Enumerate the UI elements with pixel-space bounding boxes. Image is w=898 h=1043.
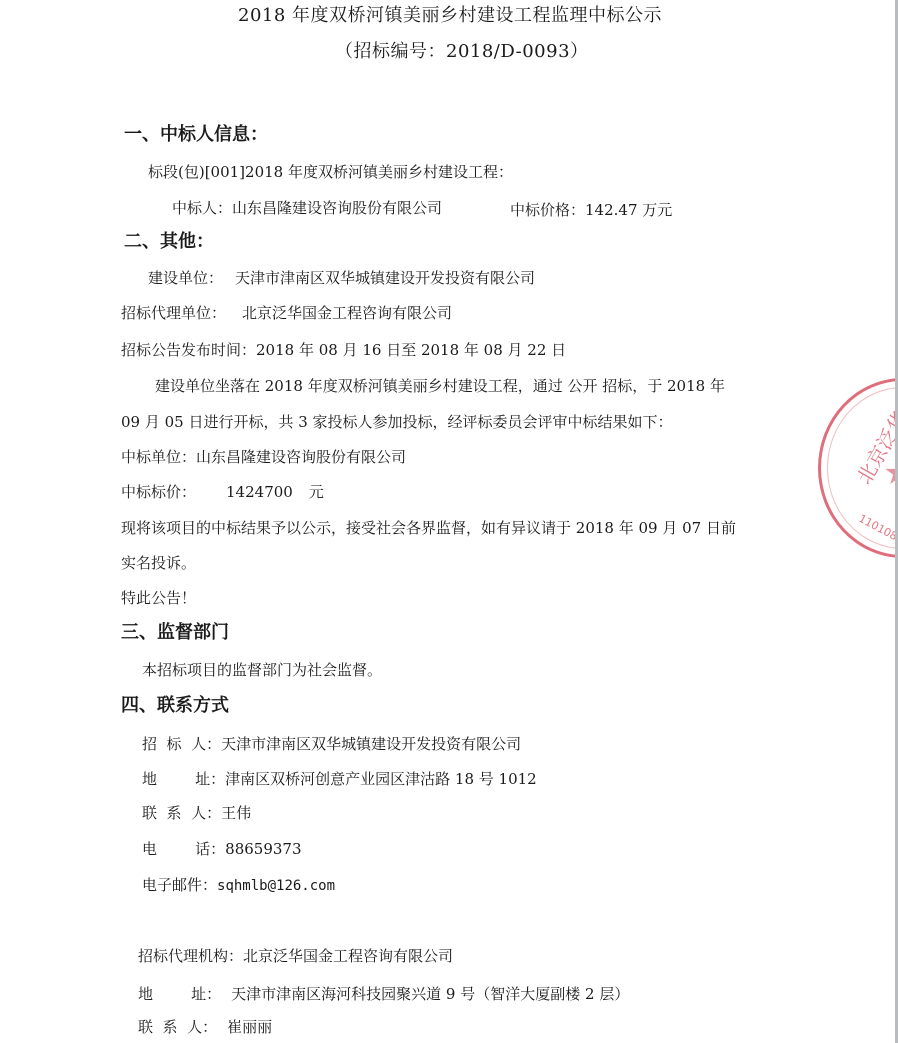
contact-address-row: 地 址：津南区双桥河创意产业园区津沽路 18 号 1012	[142, 769, 537, 789]
winner-unit-row: 中标单位：山东昌隆建设咨询股份有限公司	[121, 447, 406, 467]
notice-line-1: 现将该项目的中标结果予以公示，接受社会各界监督，如有异议请于 2018 年 09…	[121, 518, 736, 538]
price-value: 142.47 万元	[585, 201, 672, 219]
address-value: 津南区双桥河创意产业园区津沽路 18 号 1012	[225, 770, 537, 788]
builder-name: 天津市津南区双华城镇建设开发投资有限公司	[235, 269, 535, 287]
document-title: 2018 年度双桥河镇美丽乡村建设工程监理中标公示	[238, 6, 662, 26]
lot-description: 标段(包)[001]2018 年度双桥河镇美丽乡村建设工程：	[148, 162, 513, 182]
agent-label: 招标代理单位：	[121, 304, 226, 322]
tenderer-label: 招 标 人：	[142, 735, 221, 753]
bid-paragraph-line-1: 建设单位坐落在 2018 年度双桥河镇美丽乡村建设工程，通过 公开 招标，于 2…	[155, 376, 725, 396]
closing-text: 特此公告！	[121, 588, 196, 608]
phone-value: 88659373	[225, 840, 301, 858]
builder-row: 建设单位：天津市津南区双华城镇建设开发投资有限公司	[148, 268, 535, 288]
section-heading-winner-info: 一、中标人信息：	[124, 125, 268, 145]
agent-name: 北京泛华国金工程咨询有限公司	[242, 304, 452, 322]
builder-label: 建设单位：	[148, 269, 223, 287]
contact-phone-row: 电 话：88659373	[142, 839, 302, 859]
bid-paragraph-line-2: 09 月 05 日进行开标，共 3 家投标人参加投标，经评标委员会评审中标结果如…	[121, 412, 673, 432]
email-value: sqhmlb@126.com	[217, 878, 335, 894]
agency-contact-value: 崔丽丽	[227, 1018, 272, 1036]
agency-address-label: 地 址：	[138, 985, 221, 1003]
winner-price-label: 中标标价：	[121, 483, 196, 501]
section-heading-other: 二、其他：	[124, 232, 214, 252]
price-label: 中标价格：	[510, 201, 585, 219]
winner-row: 中标人：山东昌隆建设咨询股份有限公司	[172, 198, 442, 218]
document-subtitle: （招标编号：2018/D-0093）	[335, 42, 589, 62]
winner-name: 山东昌隆建设咨询股份有限公司	[232, 199, 442, 217]
contact-tenderer-row: 招 标 人：天津市津南区双华城镇建设开发投资有限公司	[142, 734, 521, 754]
document-page: 2018 年度双桥河镇美丽乡村建设工程监理中标公示 （招标编号：2018/D-0…	[0, 0, 898, 1043]
winner-label: 中标人：	[172, 199, 232, 217]
agency-value: 北京泛华国金工程咨询有限公司	[243, 947, 453, 965]
agency-row: 招标代理机构：北京泛华国金工程咨询有限公司	[138, 946, 453, 966]
contact-email-row: 电子邮件：sqhmlb@126.com	[142, 875, 335, 896]
publish-time: 2018 年 08 月 16 日至 2018 年 08 月 22 日	[256, 341, 566, 359]
agency-address-row: 地 址：天津市津南区海河科技园聚兴道 9 号（智洋大厦副楼 2 层）	[138, 984, 629, 1004]
winner-price-row: 中标标价：1424700元	[121, 482, 324, 502]
supervision-text: 本招标项目的监督部门为社会监督。	[142, 660, 382, 680]
tenderer-value: 天津市津南区双华城镇建设开发投资有限公司	[221, 735, 521, 753]
section-heading-supervision: 三、监督部门	[121, 623, 229, 643]
publish-label: 招标公告发布时间：	[121, 341, 256, 359]
notice-line-2: 实名投诉。	[121, 553, 196, 573]
contact-label: 联 系 人：	[142, 804, 221, 822]
agency-address-value: 天津市津南区海河科技园聚兴道 9 号（智洋大厦副楼 2 层）	[231, 985, 629, 1003]
price-row: 中标价格：142.47 万元	[510, 200, 672, 220]
agency-contact-label: 联 系 人：	[138, 1018, 217, 1036]
agency-label: 招标代理机构：	[138, 947, 243, 965]
agent-row: 招标代理单位：北京泛华国金工程咨询有限公司	[121, 303, 452, 323]
official-seal-stamp: 北京泛华国金 ★ 110108	[818, 378, 898, 558]
section-heading-contact: 四、联系方式	[121, 696, 229, 716]
winner-price-value: 1424700	[226, 483, 293, 501]
agency-contact-row: 联 系 人：崔丽丽	[138, 1017, 272, 1037]
winner-unit-label: 中标单位：	[121, 448, 196, 466]
email-label: 电子邮件：	[142, 876, 217, 894]
winner-unit-name: 山东昌隆建设咨询股份有限公司	[196, 448, 406, 466]
contact-person-row: 联 系 人：王伟	[142, 803, 251, 823]
phone-label: 电 话：	[142, 840, 225, 858]
winner-price-unit: 元	[309, 483, 324, 501]
publish-row: 招标公告发布时间：2018 年 08 月 16 日至 2018 年 08 月 2…	[121, 340, 566, 360]
address-label: 地 址：	[142, 770, 225, 788]
contact-value: 王伟	[221, 804, 251, 822]
